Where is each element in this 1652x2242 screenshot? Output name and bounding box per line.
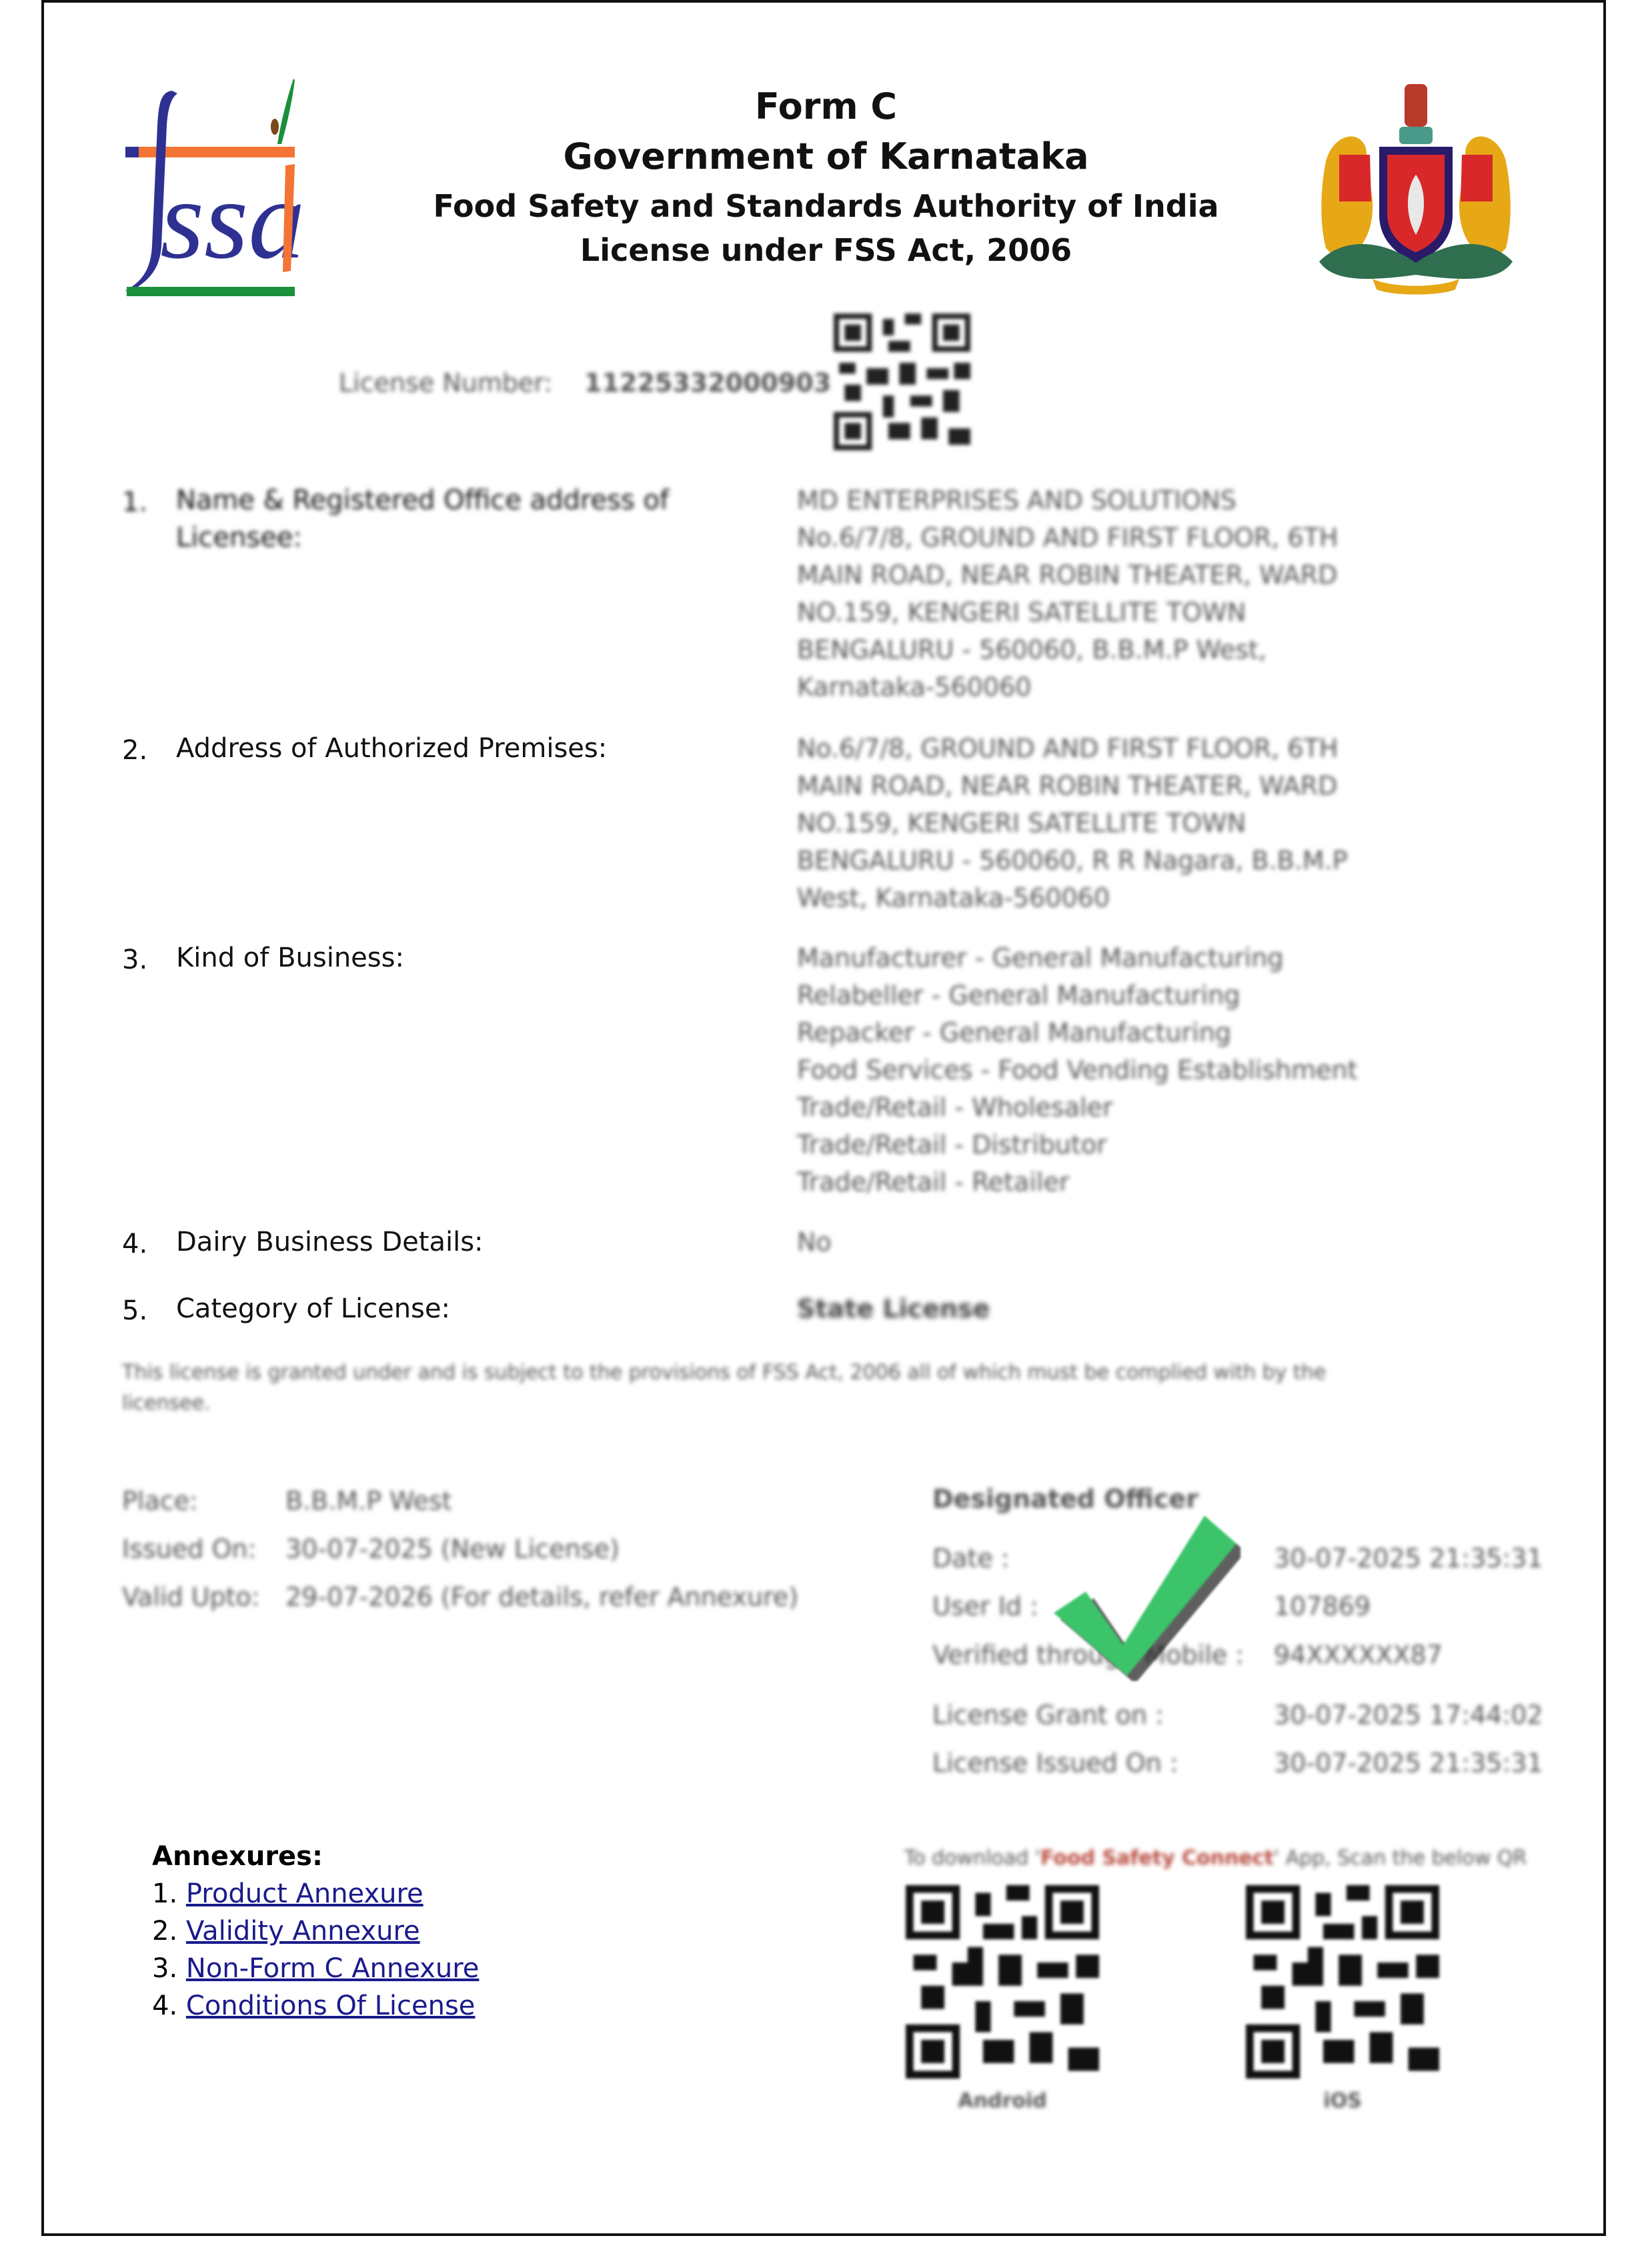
green-checkmark-icon: [1047, 1514, 1241, 1681]
officer-value: 30-07-2025 17:44:02: [1274, 1700, 1543, 1730]
license-number-value: 11225332000903: [584, 368, 831, 398]
item-value-line: BENGALURU - 560060, R R Nagara, B.B.M.P: [797, 842, 1384, 879]
officer-label: License Grant on :: [932, 1700, 1164, 1730]
officer-value: 30-07-2025 21:35:31: [1274, 1748, 1543, 1778]
item-label-line: Dairy Business Details:: [176, 1223, 484, 1261]
item-value-line: Trade/Retail - Wholesaler: [797, 1089, 1384, 1126]
designated-officer-title: Designated Officer: [932, 1484, 1198, 1514]
annexure-item: 1. Product Annexure: [152, 1878, 424, 1909]
issue-value: 29-07-2026 (For details, refer Annexure): [285, 1582, 798, 1612]
item-label: Kind of Business:: [176, 939, 404, 977]
item-value-line: State License: [797, 1290, 1384, 1327]
item-value-line: West, Karnataka-560060: [797, 879, 1384, 917]
item-number: 5.: [122, 1295, 147, 1326]
item-value-line: No.6/7/8, GROUND AND FIRST FLOOR, 6TH: [797, 519, 1384, 556]
disclaimer-text: This license is granted under and is sub…: [122, 1357, 1356, 1419]
item-number: 3.: [122, 945, 147, 975]
item-value-line: MAIN ROAD, NEAR ROBIN THEATER, WARD: [797, 767, 1384, 804]
item-value: State License: [797, 1290, 1384, 1327]
issue-value: 30-07-2025 (New License): [285, 1534, 620, 1564]
item-value: MD ENTERPRISES AND SOLUTIONSNo.6/7/8, GR…: [797, 482, 1384, 706]
item-value-line: Karnataka-560060: [797, 668, 1384, 706]
officer-value: 30-07-2025 21:35:31: [1274, 1544, 1543, 1573]
item-value-line: No: [797, 1223, 1384, 1261]
item-value-line: Manufacturer - General Manufacturing: [797, 939, 1384, 977]
download-prefix: To download ': [904, 1846, 1040, 1870]
qr-label-ios: iOS: [1246, 2089, 1439, 2113]
issue-label: Issued On:: [122, 1534, 256, 1564]
item-value-line: Trade/Retail - Retailer: [797, 1163, 1384, 1201]
item-value: No: [797, 1223, 1384, 1261]
app-download-text: To download 'Food Safety Connect' App, S…: [904, 1846, 1527, 1870]
license-qr-code-icon: [834, 314, 970, 450]
annexures-title: Annexures:: [152, 1841, 323, 1872]
annexure-item: 2. Validity Annexure: [152, 1916, 420, 1946]
license-number-label: License Number:: [339, 368, 552, 398]
item-label: Address of Authorized Premises:: [176, 730, 607, 767]
annexure-number: 4.: [152, 1991, 186, 2021]
annexure-link-non-form-c-annexure[interactable]: Non-Form C Annexure: [186, 1953, 479, 1984]
item-value: Manufacturer - General ManufacturingRela…: [797, 939, 1384, 1201]
annexure-number: 2.: [152, 1916, 186, 1946]
item-number: 4.: [122, 1229, 147, 1259]
app-qr-ios-icon: [1246, 1885, 1439, 2079]
issue-label: Valid Upto:: [122, 1582, 260, 1612]
annexure-number: 3.: [152, 1953, 186, 1984]
item-value-line: Trade/Retail - Distributor: [797, 1126, 1384, 1163]
item-value-line: BENGALURU - 560060, B.B.M.P West,: [797, 631, 1384, 668]
item-value-line: MAIN ROAD, NEAR ROBIN THEATER, WARD: [797, 556, 1384, 594]
item-value-line: Relabeller - General Manufacturing: [797, 977, 1384, 1014]
item-number: 2.: [122, 735, 147, 766]
annexure-link-validity-annexure[interactable]: Validity Annexure: [186, 1916, 420, 1946]
officer-value: 94XXXXXX87: [1274, 1640, 1443, 1670]
officer-label: License Issued On :: [932, 1748, 1178, 1778]
annexure-item: 4. Conditions Of License: [152, 1991, 475, 2021]
item-value-line: MD ENTERPRISES AND SOLUTIONS: [797, 482, 1384, 519]
download-suffix: ' App, Scan the below QR: [1274, 1846, 1527, 1870]
officer-label: User Id :: [932, 1592, 1038, 1621]
app-name: Food Safety Connect: [1040, 1846, 1274, 1870]
qr-label-android: Android: [906, 2089, 1099, 2113]
issue-label: Place:: [122, 1486, 198, 1516]
issue-value: B.B.M.P West: [285, 1486, 452, 1516]
item-label-line: Kind of Business:: [176, 939, 404, 977]
item-label: Dairy Business Details:: [176, 1223, 484, 1261]
item-value-line: NO.159, KENGERI SATELLITE TOWN: [797, 594, 1384, 631]
annexure-item: 3. Non-Form C Annexure: [152, 1953, 479, 1984]
item-label: Category of License:: [176, 1290, 450, 1327]
item-label-line: Name & Registered Office address of: [176, 482, 669, 519]
item-value-line: NO.159, KENGERI SATELLITE TOWN: [797, 804, 1384, 842]
item-value-line: Repacker - General Manufacturing: [797, 1014, 1384, 1051]
officer-value: 107869: [1274, 1592, 1371, 1621]
annexure-number: 1.: [152, 1878, 186, 1909]
annexure-link-product-annexure[interactable]: Product Annexure: [186, 1878, 424, 1909]
officer-label: Date :: [932, 1544, 1010, 1573]
app-qr-android-icon: [906, 1885, 1099, 2079]
item-value: No.6/7/8, GROUND AND FIRST FLOOR, 6THMAI…: [797, 730, 1384, 917]
item-label-line: Licensee:: [176, 519, 669, 556]
item-value-line: Food Services - Food Vending Establishme…: [797, 1051, 1384, 1089]
item-label-line: Category of License:: [176, 1290, 450, 1327]
karnataka-emblem-icon: [1313, 81, 1519, 302]
item-label: Name & Registered Office address ofLicen…: [176, 482, 669, 556]
annexure-link-conditions-of-license[interactable]: Conditions Of License: [186, 1991, 476, 2021]
item-label-line: Address of Authorized Premises:: [176, 730, 607, 767]
item-value-line: No.6/7/8, GROUND AND FIRST FLOOR, 6TH: [797, 730, 1384, 767]
item-number: 1.: [122, 487, 147, 518]
